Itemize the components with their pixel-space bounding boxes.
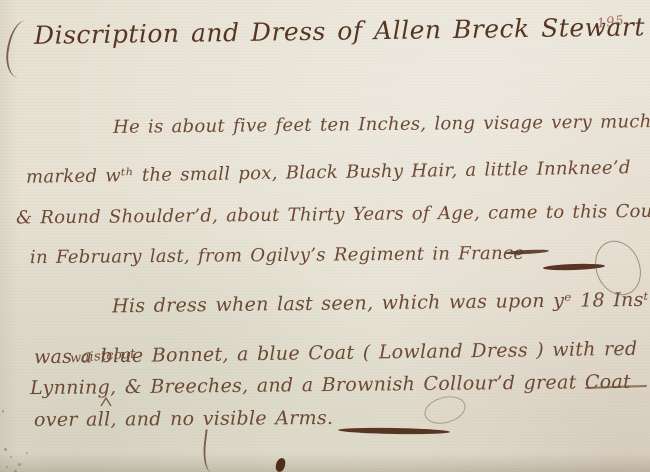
manuscript-line: He is about five feet ten Inches, long v… [113,111,650,138]
title-row: Discription and Dress of Allen Breck Ste… [34,11,650,50]
manuscript-line: Lynning, & Breeches, and a Brownish Coll… [30,371,631,399]
manuscript-line: in February last, from Ogilvy’s Regiment… [30,243,524,268]
manuscript-line: His dress when last seen, which was upon… [112,289,650,318]
pen-flourish-loop [421,392,468,428]
paper-speck [2,410,4,413]
pen-descender-stroke [201,429,222,472]
manuscript-line: & Round Shoulder’d, about Thirty Years o… [16,200,650,228]
caret-insertion-mark [100,392,112,411]
manuscript-line: over all, and no visible Arms. [34,407,334,431]
ink-blot [275,457,286,472]
manuscript-line: marked wᵗʰ the small pox, Black Bushy Ha… [26,157,631,187]
paper-speck [10,456,12,458]
paper-speck [18,463,21,466]
paper-speck [4,448,7,451]
flourish-dash [338,427,450,435]
document-title: Discription and Dress of Allen Breck Ste… [34,12,645,50]
manuscript-page: 195 Discription and Dress of Allen Breck… [0,0,650,472]
paper-speck [6,466,8,468]
paper-speck [26,452,28,454]
